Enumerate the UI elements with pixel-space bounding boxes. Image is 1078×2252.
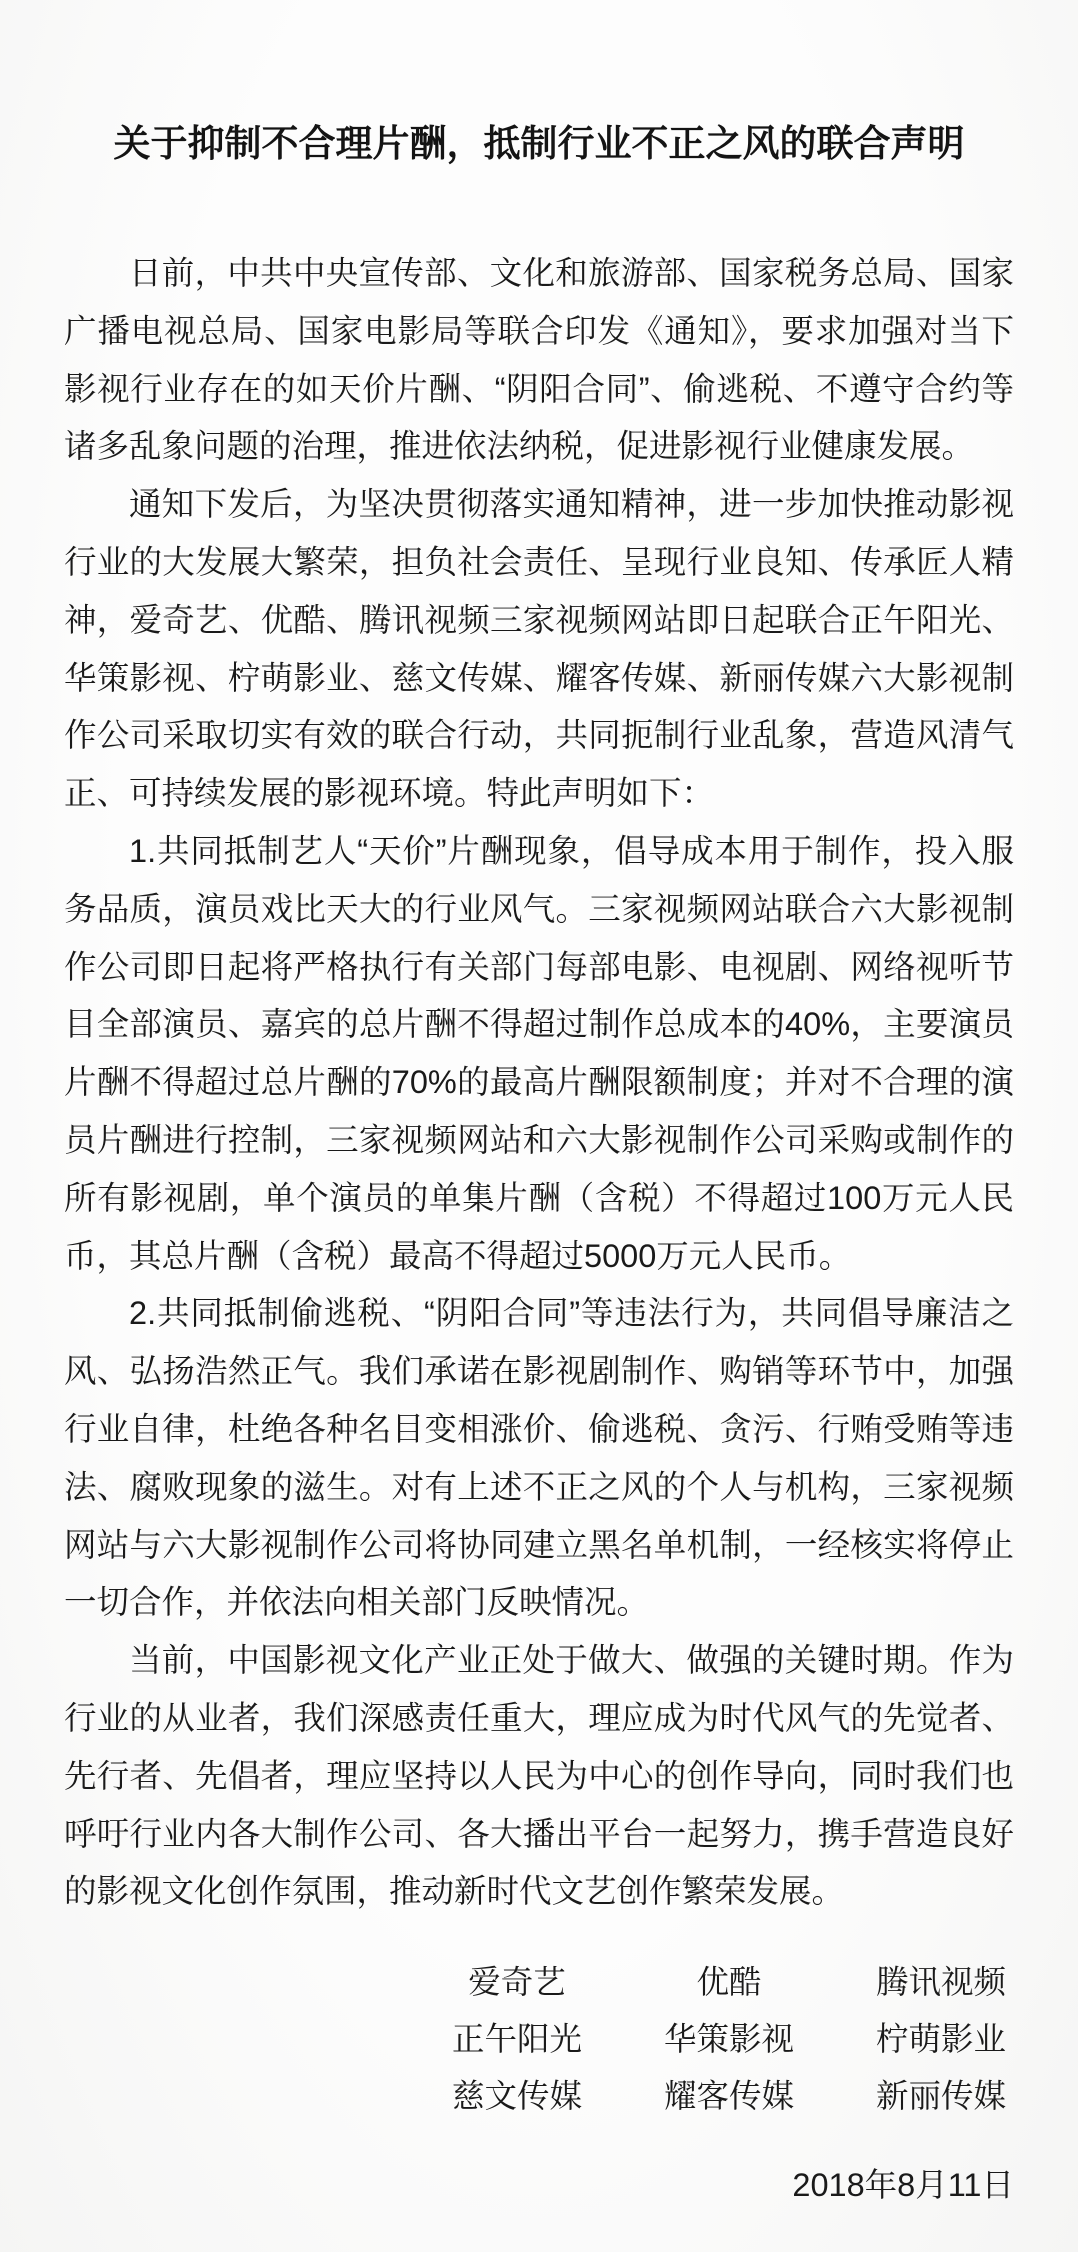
paragraph-point-2: 2.共同抵制偷逃税、“阴阳合同”等违法行为，共同倡导廉洁之风、弘扬浩然正气。我们… (64, 1285, 1014, 1632)
signature-ciwen-media: 慈文传媒 (411, 2068, 623, 2125)
signature-youku: 优酷 (623, 1954, 835, 2011)
signature-tencent-video: 腾讯视频 (835, 1954, 1047, 2011)
document-title: 关于抑制不合理片酬，抵制行业不正之风的联合声明 (64, 0, 1014, 167)
document-page: 关于抑制不合理片酬，抵制行业不正之风的联合声明 日前，中共中央宣传部、文化和旅游… (0, 0, 1078, 2252)
document-date: 2018年8月11日 (64, 2157, 1014, 2214)
signature-linmon-pictures: 柠萌影业 (835, 2011, 1047, 2068)
signature-block: 爱奇艺 优酷 腾讯视频 正午阳光 华策影视 柠萌影业 慈文传媒 耀客传媒 新丽传… (64, 1954, 1047, 2125)
paragraph-joint-action: 通知下发后，为坚决贯彻落实通知精神，进一步加快推动影视行业的大发展大繁荣，担负社… (64, 476, 1014, 823)
signature-iqiyi: 爱奇艺 (411, 1954, 623, 2011)
signature-xinli-media: 新丽传媒 (835, 2068, 1047, 2125)
paragraph-intro: 日前，中共中央宣传部、文化和旅游部、国家税务总局、国家广播电视总局、国家电影局等… (64, 245, 1014, 476)
signature-huace-film: 华策影视 (623, 2011, 835, 2068)
document-body: 日前，中共中央宣传部、文化和旅游部、国家税务总局、国家广播电视总局、国家电影局等… (64, 245, 1014, 1921)
signature-daylight-ent: 正午阳光 (411, 2011, 623, 2068)
paragraph-point-1: 1.共同抵制艺人“天价”片酬现象，倡导成本用于制作，投入服务品质，演员戏比天大的… (64, 823, 1014, 1285)
signature-yaoke-media: 耀客传媒 (623, 2068, 835, 2125)
paragraph-closing: 当前，中国影视文化产业正处于做大、做强的关键时期。作为行业的从业者，我们深感责任… (64, 1632, 1014, 1921)
